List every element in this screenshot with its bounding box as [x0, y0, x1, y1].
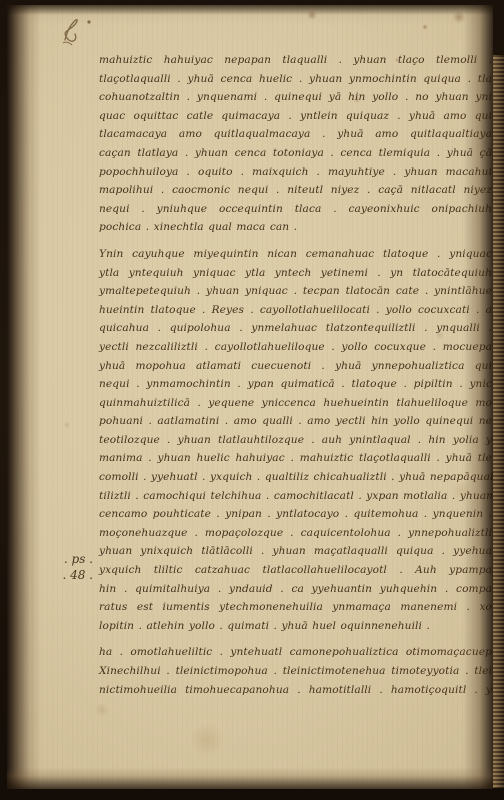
bottom-edge-shadow — [7, 767, 493, 789]
manuscript-line: yxquich tliltic catzahuac tlatlacollahue… — [99, 561, 492, 580]
manuscript-line: Xinechilhui . tleinictimopohua . tleinic… — [99, 662, 492, 681]
right-edge-shadow — [463, 5, 493, 789]
manuscript-line: quicahua . quipolohua . ynmelahuac tlatz… — [99, 319, 492, 338]
manuscript-line: yhuā mopohua atlamati cuecuenoti . yhuā … — [99, 357, 492, 376]
manuscript-line: mahuiztic hahuiyac nepapan tlaqualli . y… — [99, 51, 492, 70]
ink-scribble-mark — [51, 10, 103, 50]
manuscript-line: mapolihui . caocmonic nequi . niteutl ni… — [99, 181, 492, 200]
manuscript-line: comolli . yyehuatl . yxquich . qualtiliz… — [99, 468, 492, 487]
top-edge-shadow — [7, 5, 493, 15]
manuscript-line: tlaçotlaqualli . yhuā cenca huelic . yhu… — [99, 70, 492, 89]
photo-background: mahuiztic hahuiyac nepapan tlaqualli . y… — [0, 0, 504, 800]
manuscript-line: nequi . ynmamochintin . ypan quimaticā .… — [99, 375, 492, 394]
manuscript-line: yhuan ynixquich tlātlācolli . yhuan maça… — [99, 542, 492, 561]
paragraph-2: Ynin cayuhque miyequintin nican cemanahu… — [99, 245, 492, 635]
manuscript-line: pochica . xinechtla qual maca can . — [99, 218, 492, 237]
paragraph-3: ha . omotlahueliltic . yntehuatl camonep… — [99, 643, 492, 699]
manuscript-line: quinmahuiztilicā . yequene yniccenca hue… — [99, 394, 492, 413]
manuscript-line: cohuanotzaltin . ynquenami . quinequi yā… — [99, 88, 492, 107]
manuscript-page: mahuiztic hahuiyac nepapan tlaqualli . y… — [7, 5, 493, 789]
manuscript-line: Ynin cayuhque miyequintin nican cemanahu… — [99, 245, 492, 264]
manuscript-line: tlacamacaya amo quitlaqualmacaya . yhuā … — [99, 125, 492, 144]
paragraph-1: mahuiztic hahuiyac nepapan tlaqualli . y… — [99, 51, 492, 237]
manuscript-line: cencamo pouhticate . ynipan . yntlatocay… — [99, 505, 492, 524]
manuscript-line: pohuani . aatlamatini . amo qualli . amo… — [99, 412, 492, 431]
manuscript-line: manima . yhuan huelic hahuiyac . mahuizt… — [99, 449, 492, 468]
manuscript-line: nequi . yniuhque occequintin tlaca . cay… — [99, 200, 492, 219]
manuscript-line: moçonehuazque . mopaçolozque . caquicent… — [99, 524, 492, 543]
manuscript-line: hueintin tlatoque . Reyes . cayollotlahu… — [99, 301, 492, 320]
manuscript-line: nictimohueilia timohuecapanohua . hamoti… — [99, 681, 492, 700]
manuscript-line: ymaltepetequiuh . yhuan yniquac . tecpan… — [99, 282, 492, 301]
manuscript-line: tiliztli . camochiqui telchihua . camoch… — [99, 487, 492, 506]
manuscript-line: yectli nezcaliliztli . cayollotlahuelilo… — [99, 338, 492, 357]
margin-note-psalm-abbrev: . ps . — [47, 551, 93, 567]
manuscript-line: ha . omotlahueliltic . yntehuatl camonep… — [99, 643, 492, 662]
margin-note-psalm-number: . 48 . — [47, 567, 93, 583]
manuscript-line: teotilozque . yhuan tlatlauhtilozque . a… — [99, 431, 492, 450]
gutter-shadow — [7, 5, 41, 789]
manuscript-line: popochhuiloya . oquito . maixquich . may… — [99, 163, 492, 182]
manuscript-line: ytla yntequiuh yniquac ytla yntech yetin… — [99, 264, 492, 283]
manuscript-line: quac oquittac catle quimacaya . yntlein … — [99, 107, 492, 126]
manuscript-line: hin . quimitalhuiya . yndauid . ca yyehu… — [99, 580, 492, 599]
manuscript-line: ratus est iumentis ytechmonenehuilia ynm… — [99, 598, 492, 617]
manuscript-line: caçan tlatlaya . yhuan cenca totoniaya .… — [99, 144, 492, 163]
manuscript-text-block: mahuiztic hahuiyac nepapan tlaqualli . y… — [99, 51, 492, 707]
manuscript-line: lopitin . atlehin yollo . quimati . yhuā… — [99, 617, 492, 636]
margin-note-psalm-reference: . ps . . 48 . — [47, 551, 93, 583]
